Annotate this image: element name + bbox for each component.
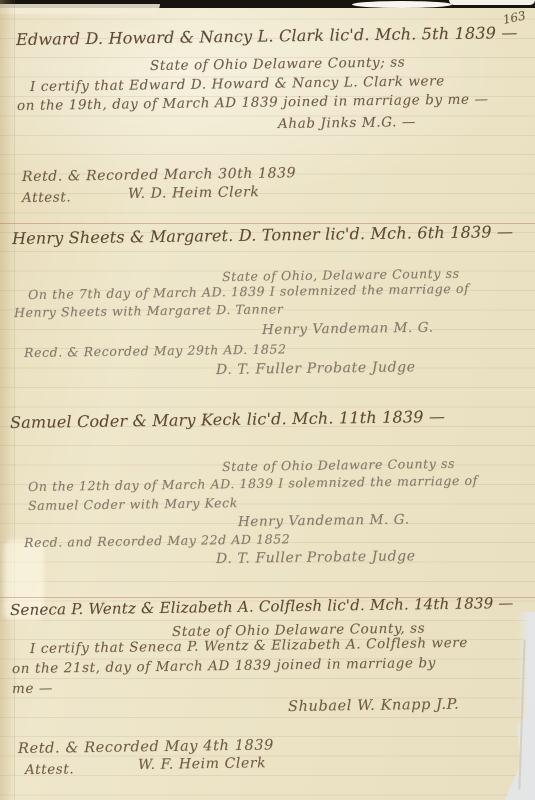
officiant-signature: Henry Vandeman M. G. xyxy=(262,320,434,338)
judge-signature: D. T. Fuller Probate Judge xyxy=(216,359,416,378)
recorded-line: Recd. and Recorded May 22d AD 1852 xyxy=(24,531,291,550)
certify-line: On the 7th day of March AD. 1839 I solem… xyxy=(28,281,469,302)
state-county-line: State of Ohio Delaware County ss xyxy=(222,456,455,474)
certify-line: on the 21st, day of March AD 1839 joined… xyxy=(12,655,436,677)
recorded-line: Retd. & Recorded March 30th 1839 xyxy=(22,165,296,185)
page-corner-underlay xyxy=(0,4,160,14)
officiant-signature: Ahab Jinks M.G. — xyxy=(278,114,416,132)
officiant-signature: Henry Vandeman M. G. xyxy=(238,512,410,530)
certify-line: on the 19th, day of March AD 1839 joined… xyxy=(17,91,489,114)
entry-header: Edward D. Howard & Nancy L. Clark lic'd.… xyxy=(16,23,518,49)
certify-line: I certify that Edward D. Howard & Nancy … xyxy=(30,73,445,95)
certify-line: I certify that Seneca P. Wentz & Elizabe… xyxy=(30,635,468,657)
entry-header: Samuel Coder & Mary Keck lic'd. Mch. 11t… xyxy=(10,407,445,432)
certify-line: me — xyxy=(12,680,53,697)
judge-signature: D. T. Fuller Probate Judge xyxy=(216,548,416,567)
clerk-signature: W. F. Heim Clerk xyxy=(138,755,266,773)
certify-line: Henry Sheets with Margaret D. Tanner xyxy=(14,301,284,320)
entry-header: Henry Sheets & Margaret. D. Tonner lic'd… xyxy=(12,222,513,248)
clerk-signature: W. D. Heim Clerk xyxy=(128,184,260,202)
state-county-line: State of Ohio Delaware County; ss xyxy=(150,54,405,74)
attest-label: Attest. xyxy=(25,761,74,778)
certify-line: On the 12th day of March AD. 1839 I sole… xyxy=(28,473,478,494)
recorded-line: Recd. & Recorded May 29th AD. 1852 xyxy=(24,341,287,360)
page-edge-highlight xyxy=(449,0,535,5)
page-edge-highlight xyxy=(352,1,452,8)
officiant-signature: Shubael W. Knapp J.P. xyxy=(288,697,459,715)
recorded-line: Retd. & Recorded May 4th 1839 xyxy=(18,737,274,757)
scanned-ledger-page: 163 Edward D. Howard & Nancy L. Clark li… xyxy=(0,0,535,800)
attest-label: Attest. xyxy=(22,189,71,206)
certify-line: Samuel Coder with Mary Keck xyxy=(28,495,238,513)
